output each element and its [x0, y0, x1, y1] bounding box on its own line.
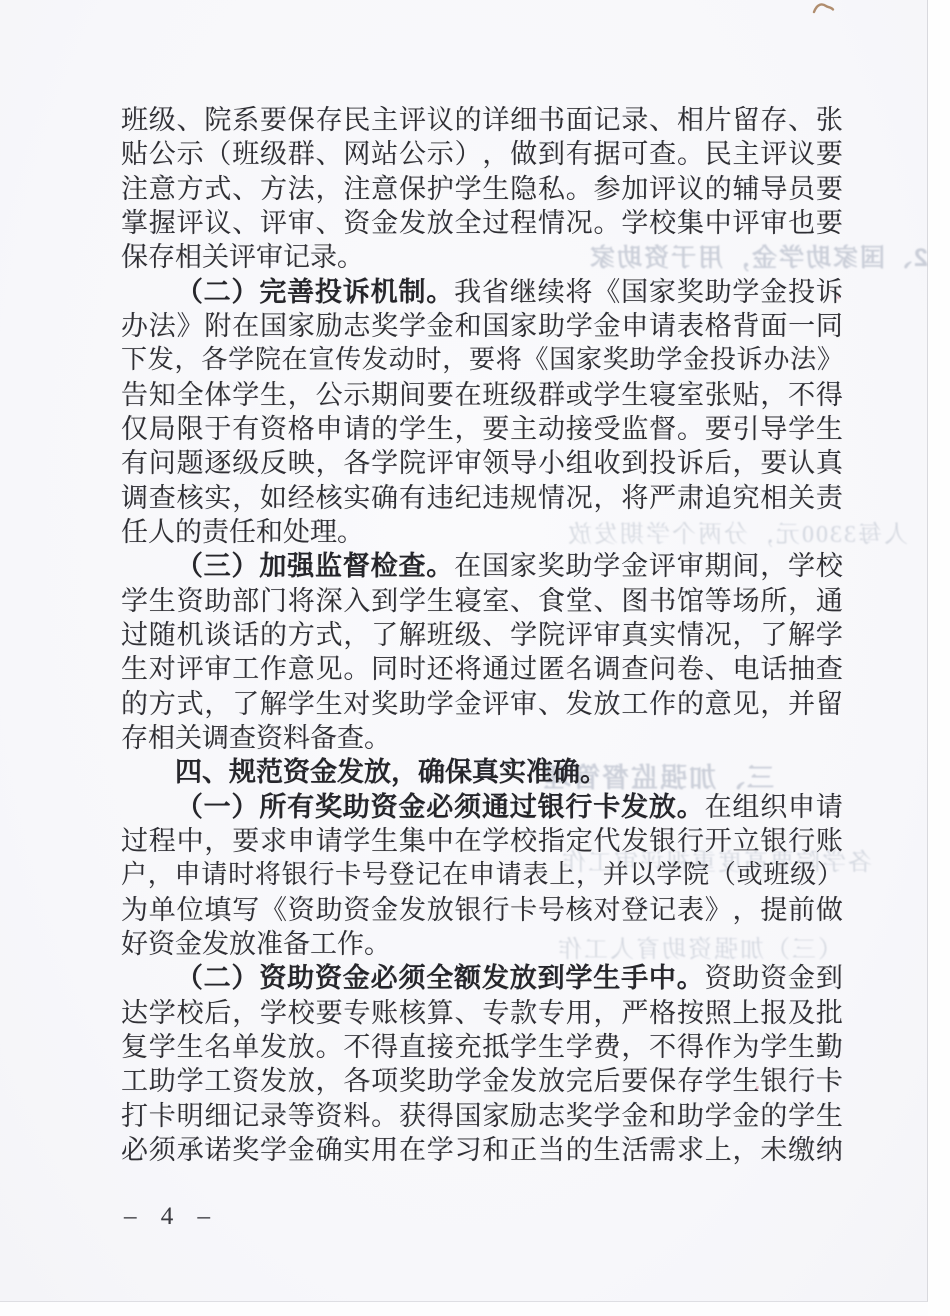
text-line: 贴公示（班级群、网站公示），做到有据可查。民主评议要	[121, 137, 843, 171]
text-line: 达学校后，学校要专账核算、专款专用，严格按照上报及批	[121, 996, 843, 1030]
text-line: 过程中，要求申请学生集中在学校指定代发银行开立银行账	[121, 824, 843, 858]
text-line: 仅局限于有资格申请的学生，要主动接受监督。要引导学生	[121, 412, 843, 446]
text-line: 下发，各学院在宣传发动时，要将《国家奖助学金投诉办法》	[121, 343, 843, 377]
text-block: 班级、院系要保存民主评议的详细书面记录、相片留存、张贴公示（班级群、网站公示），…	[121, 103, 843, 1167]
scan-edge-bottom	[0, 1302, 928, 1316]
text-line: 复学生名单发放。不得直接充抵学生学费，不得作为学生勤	[121, 1030, 843, 1064]
text-line: 学生资助部门将深入到学生寝室、食堂、图书馆等场所，通	[121, 584, 843, 618]
text-line: 注意方式、方法，注意保护学生隐私。参加评议的辅导员要	[121, 172, 843, 206]
text-line: 为单位填写《资助资金发放银行卡号核对登记表》，提前做	[121, 893, 843, 927]
text-line: （二）资助资金必须全额发放到学生手中。资助资金到	[121, 961, 843, 995]
text-line: 过随机谈话的方式，了解班级、学院评审真实情况，了解学	[121, 618, 843, 652]
text-line: （三）加强监督检查。在国家奖助学金评审期间，学校	[121, 549, 843, 583]
text-line: 工助学工资发放，各项奖助学金发放完后要保存学生银行卡	[121, 1064, 843, 1098]
paragraph-indent	[121, 961, 175, 995]
scan-speck	[756, 1086, 759, 1089]
text-line: 四、规范资金发放，确保真实准确。	[121, 755, 843, 789]
text-line: （一）所有奖助资金必须通过银行卡发放。在组织申请	[121, 790, 843, 824]
page-number: – 4 –	[124, 1203, 219, 1231]
text-line: 的方式，了解学生对奖助学金评审、发放工作的意见，并留	[121, 687, 843, 721]
scan-speck	[837, 296, 840, 299]
scanned-page: 2、国家助学金，用于资助家人每3300元，分两个学期发放三、加强监督管理各学院要…	[0, 0, 950, 1316]
text-line: 任人的责任和处理。	[121, 515, 843, 549]
text-line: 户，申请时将银行卡号登记在申请表上，并以学院（或班级）	[121, 858, 843, 892]
text-line: 打卡明细记录等资料。获得国家励志奖学金和助学金的学生	[121, 1099, 843, 1133]
scan-edge-right	[928, 0, 950, 1316]
text-line: 调查核实，如经核实确有违纪违规情况，将严肃追究相关责	[121, 481, 843, 515]
paragraph-indent	[121, 275, 175, 309]
text-line: 好资金发放准备工作。	[121, 927, 843, 961]
paragraph-indent	[121, 549, 175, 583]
text-line: 生对评审工作意见。同时还将通过匿名调查问卷、电话抽查	[121, 652, 843, 686]
text-line: 掌握评议、评审、资金发放全过程情况。学校集中评审也要	[121, 206, 843, 240]
text-line: 存相关调查资料备查。	[121, 721, 843, 755]
paper-sheet: 2、国家助学金，用于资助家人每3300元，分两个学期发放三、加强监督管理各学院要…	[0, 0, 928, 1302]
text-line: 保存相关评审记录。	[121, 240, 843, 274]
text-line: 办法》附在国家励志奖学金和国家助学金申请表格背面一同	[121, 309, 843, 343]
paragraph-indent	[121, 790, 175, 824]
text-line: （二）完善投诉机制。我省继续将《国家奖助学金投诉	[121, 275, 843, 309]
text-line: 告知全体学生，公示期间要在班级群或学生寝室张贴，不得	[121, 378, 843, 412]
text-line: 必须承诺奖学金确实用在学习和正当的生活需求上，未缴纳	[121, 1133, 843, 1167]
text-line: 班级、院系要保存民主评议的详细书面记录、相片留存、张	[121, 103, 843, 137]
text-line: 有问题逐级反映，各学院评审领导小组收到投诉后，要认真	[121, 446, 843, 480]
